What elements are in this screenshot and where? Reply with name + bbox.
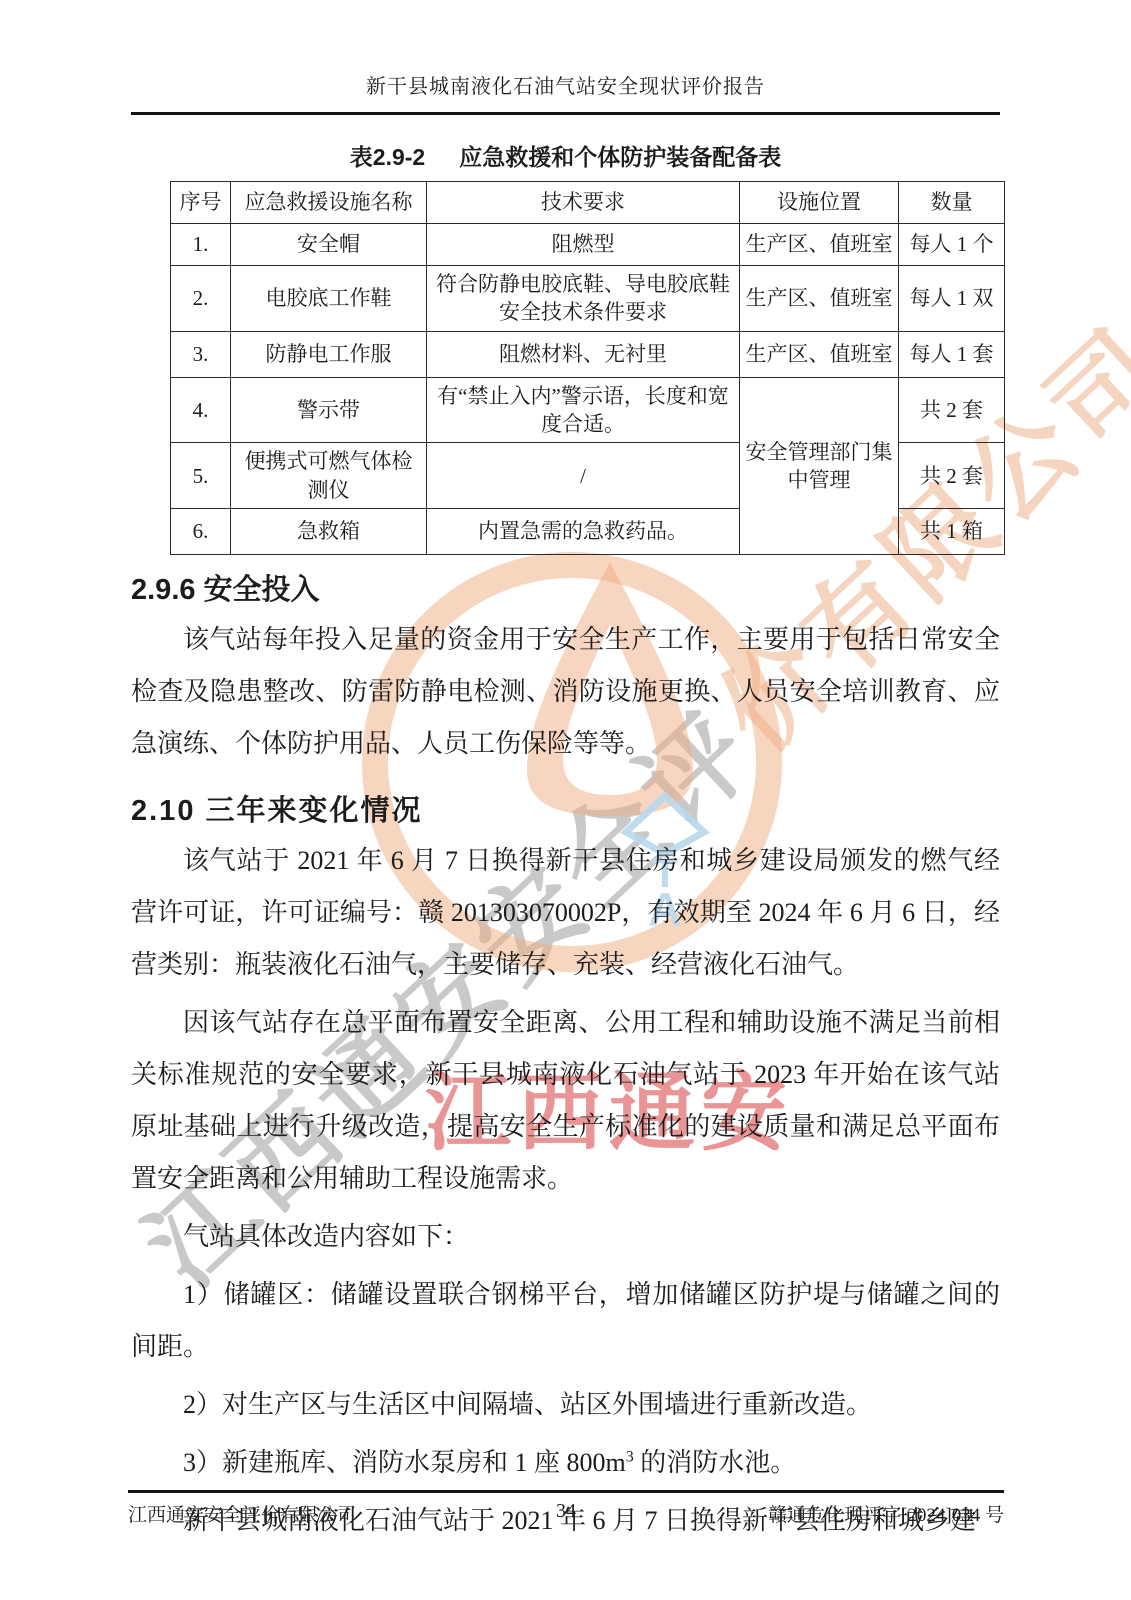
equipment-table: 序号 应急救援设施名称 技术要求 设施位置 数量 1. 安全帽 阻燃型 生产区、… — [170, 181, 1005, 555]
footer-page-number: 34 — [536, 1500, 596, 1523]
report-page: { "header": { "title": "新干县城南液化石油气站安全现状评… — [0, 0, 1131, 1600]
cell-qty: 每人 1 套 — [899, 331, 1005, 377]
item3-text-end: 的消防水池。 — [634, 1448, 797, 1477]
cell-loc: 生产区、值班室 — [740, 331, 899, 377]
cell-name: 警示带 — [231, 377, 427, 443]
cell-name: 电胶底工作鞋 — [231, 266, 427, 332]
table-row: 1. 安全帽 阻燃型 生产区、值班室 每人 1 个 — [171, 224, 1005, 266]
cell-qty: 每人 1 个 — [899, 224, 1005, 266]
cell-loc: 生产区、值班室 — [740, 224, 899, 266]
cell-qty: 共 2 套 — [899, 377, 1005, 443]
cell-no: 3. — [171, 331, 231, 377]
cell-no: 4. — [171, 377, 231, 443]
cell-req: 有“禁止入内”警示语，长度和宽度合适。 — [427, 377, 740, 443]
paragraph-item-2: 2）对生产区与生活区中间隔墙、站区外围墙进行重新改造。 — [131, 1379, 1000, 1431]
col-header-no: 序号 — [171, 182, 231, 224]
paragraph-item-1: 1）储罐区：储罐设置联合钢梯平台，增加储罐区防护堤与储罐之间的间距。 — [131, 1269, 1000, 1373]
cell-name: 便携式可燃气体检测仪 — [231, 443, 427, 509]
col-header-qty: 数量 — [899, 182, 1005, 224]
cell-name: 急救箱 — [231, 509, 427, 555]
paragraph-license: 该气站于 2021 年 6 月 7 日换得新干县住房和城乡建设局颁发的燃气经营许… — [131, 835, 1000, 991]
paragraph-renovation-intro: 气站具体改造内容如下： — [131, 1211, 1000, 1263]
cell-req: 阻燃型 — [427, 224, 740, 266]
footer-company: 江西通安安全评价有限公司 — [128, 1500, 536, 1527]
cell-loc-merged: 安全管理部门集中管理 — [740, 377, 899, 554]
document-footer: 江西通安安全评价有限公司 34 赣通危化现评字[2024]034 号 — [128, 1490, 1004, 1527]
cell-req: 符合防静电胶底鞋、导电胶底鞋安全技术条件要求 — [427, 266, 740, 332]
cell-req: 内置急需的急救药品。 — [427, 509, 740, 555]
cell-qty: 共 2 套 — [899, 443, 1005, 509]
cell-name: 防静电工作服 — [231, 331, 427, 377]
cell-qty: 共 1 箱 — [899, 509, 1005, 555]
item3-superscript: 3 — [626, 1448, 634, 1465]
table-header-row: 序号 应急救援设施名称 技术要求 设施位置 数量 — [171, 182, 1005, 224]
table-caption-title: 应急救援和个体防护装备配备表 — [459, 144, 781, 170]
cell-qty: 每人 1 双 — [899, 266, 1005, 332]
table-caption: 表2.9-2应急救援和个体防护装备配备表 — [131, 139, 1000, 172]
paragraph-safety-investment: 该气站每年投入足量的资金用于安全生产工作，主要用于包括日常安全检查及隐患整改、防… — [131, 614, 1000, 770]
table-row: 3. 防静电工作服 阻燃材料、无衬里 生产区、值班室 每人 1 套 — [171, 331, 1005, 377]
cell-no: 1. — [171, 224, 231, 266]
cell-req: / — [427, 443, 740, 509]
section-heading-296: 2.9.6 安全投入 — [131, 567, 1000, 608]
table-row: 2. 电胶底工作鞋 符合防静电胶底鞋、导电胶底鞋安全技术条件要求 生产区、值班室… — [171, 266, 1005, 332]
col-header-loc: 设施位置 — [740, 182, 899, 224]
document-header-title: 新干县城南液化石油气站安全现状评价报告 — [131, 70, 1000, 115]
cell-name: 安全帽 — [231, 224, 427, 266]
paragraph-item-3: 3）新建瓶库、消防水泵房和 1 座 800m3 的消防水池。 — [131, 1437, 1000, 1489]
cell-req: 阻燃材料、无衬里 — [427, 331, 740, 377]
table-caption-label: 表2.9-2 — [350, 144, 425, 170]
page-content: 新干县城南液化石油气站安全现状评价报告 表2.9-2应急救援和个体防护装备配备表… — [0, 70, 1131, 1547]
cell-no: 6. — [171, 509, 231, 555]
cell-no: 2. — [171, 266, 231, 332]
col-header-name: 应急救援设施名称 — [231, 182, 427, 224]
cell-loc: 生产区、值班室 — [740, 266, 899, 332]
paragraph-renovation-reason: 因该气站存在总平面布置安全距离、公用工程和辅助设施不满足当前相关标准规范的安全要… — [131, 997, 1000, 1205]
footer-doc-number: 赣通危化现评字[2024]034 号 — [596, 1500, 1004, 1527]
table-row: 4. 警示带 有“禁止入内”警示语，长度和宽度合适。 安全管理部门集中管理 共 … — [171, 377, 1005, 443]
section-heading-210: 2.10 三年来变化情况 — [131, 788, 1000, 829]
col-header-req: 技术要求 — [427, 182, 740, 224]
item3-text: 3）新建瓶库、消防水泵房和 1 座 800m — [183, 1448, 626, 1477]
cell-no: 5. — [171, 443, 231, 509]
